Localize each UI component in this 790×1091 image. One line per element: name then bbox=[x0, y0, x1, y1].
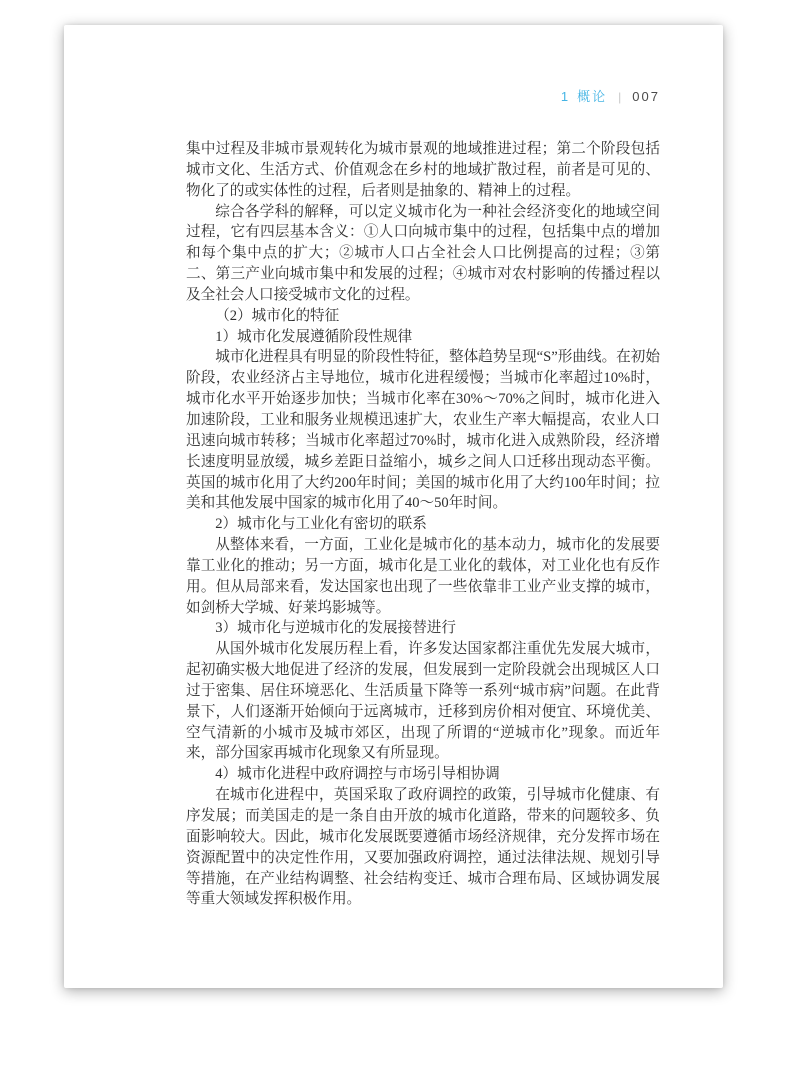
paragraph: 在城市化进程中，英国采取了政府调控的政策，引导城市化健康、有序发展；而美国走的是… bbox=[186, 785, 660, 910]
running-head: 1 概论 | 007 bbox=[561, 89, 660, 105]
section-heading: 4）城市化进程中政府调控与市场引导相协调 bbox=[186, 764, 660, 785]
chapter-title: 概论 bbox=[577, 89, 607, 105]
header-separator: | bbox=[618, 89, 621, 105]
viewer-canvas: 1 概论 | 007 集中过程及非城市景观转化为城市景观的地域推进过程；第二个阶… bbox=[0, 0, 790, 1091]
section-heading: 2）城市化与工业化有密切的联系 bbox=[186, 514, 660, 535]
book-page: 1 概论 | 007 集中过程及非城市景观转化为城市景观的地域推进过程；第二个阶… bbox=[64, 25, 723, 988]
chapter-number: 1 bbox=[561, 89, 569, 105]
paragraph: 综合各学科的解释，可以定义城市化为一种社会经济变化的地域空间过程，它有四层基本含… bbox=[186, 202, 660, 306]
section-heading: 1）城市化发展遵循阶段性规律 bbox=[186, 327, 660, 348]
section-heading: （2）城市化的特征 bbox=[186, 306, 660, 327]
paragraph: 城市化进程具有明显的阶段性特征，整体趋势呈现“S”形曲线。在初始阶段，农业经济占… bbox=[186, 347, 660, 514]
page-body: 集中过程及非城市景观转化为城市景观的地域推进过程；第二个阶段包括城市文化、生活方… bbox=[186, 139, 660, 910]
section-heading: 3）城市化与逆城市化的发展接替进行 bbox=[186, 618, 660, 639]
paragraph: 从整体来看，一方面，工业化是城市化的基本动力，城市化的发展要靠工业化的推动；另一… bbox=[186, 535, 660, 618]
page-number: 007 bbox=[632, 89, 660, 105]
paragraph: 从国外城市化发展历程上看，许多发达国家都注重优先发展大城市，起初确实极大地促进了… bbox=[186, 639, 660, 764]
paragraph: 集中过程及非城市景观转化为城市景观的地域推进过程；第二个阶段包括城市文化、生活方… bbox=[186, 139, 660, 202]
